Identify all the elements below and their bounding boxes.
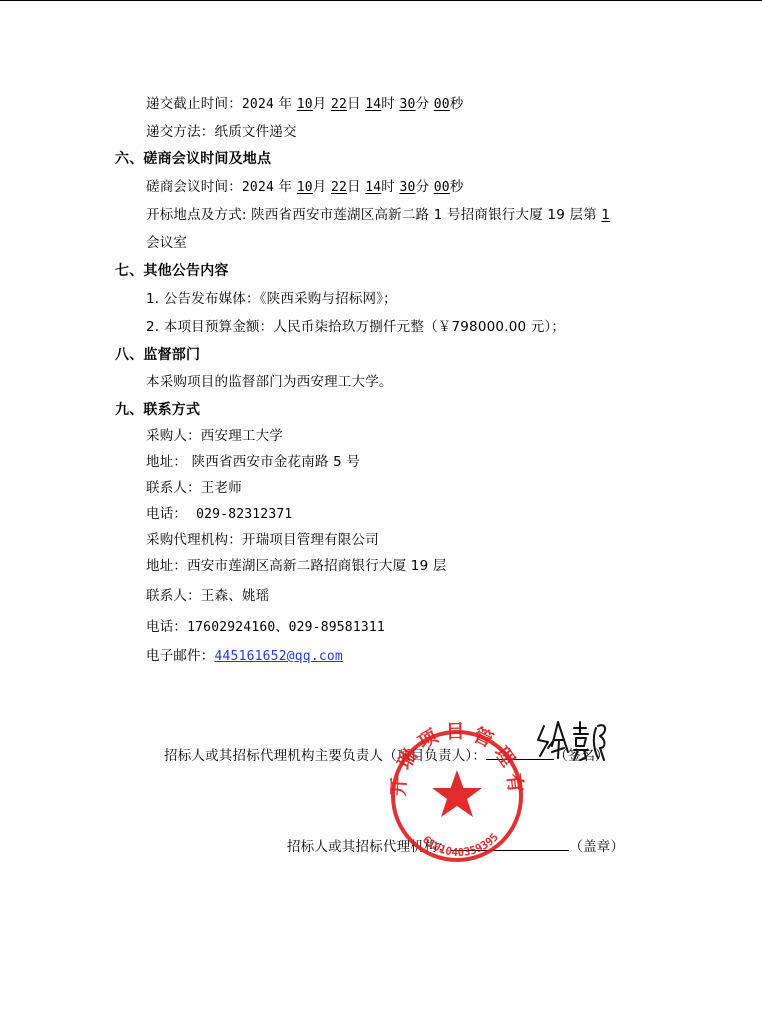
announcement-media: 1. 公告发布媒体：《陕西采购与招标网》； xyxy=(146,290,397,308)
organization-label: 招标人或其招标代理机构： xyxy=(287,839,451,855)
deadline-year-unit: 年 xyxy=(274,96,297,112)
opening-location-room: 1 xyxy=(601,207,610,223)
deadline-label: 递交截止时间： xyxy=(146,96,242,112)
seal-suffix: （盖章） xyxy=(569,839,624,855)
agency-contact: 联系人：王森、姚瑶 xyxy=(146,587,269,605)
agency-phone-label: 电话： xyxy=(146,619,187,635)
responsible-label: 招标人或其招标代理机构主要负责人（项目负责人）： xyxy=(164,748,486,764)
purchaser-phone: 电话： 029-82312371 xyxy=(146,505,292,524)
meeting-time-label: 磋商会议时间： xyxy=(146,179,242,195)
section-heading-9: 九、联系方式 xyxy=(115,401,200,419)
purchaser-phone-label: 电话： xyxy=(146,506,196,522)
meeting-second-unit: 秒 xyxy=(450,179,464,195)
meeting-day: 22 xyxy=(331,180,347,195)
signature-blank xyxy=(486,745,554,760)
organization-line: 招标人或其招标代理机构：（盖章） xyxy=(287,836,624,856)
deadline-year: 2024 xyxy=(242,97,274,112)
agency-phone-value: 17602924160、029-89581311 xyxy=(187,620,385,635)
deadline-minute-unit: 分 xyxy=(416,96,434,112)
signature-suffix: （签名） xyxy=(554,748,609,764)
supervision-text: 本采购项目的监督部门为西安理工大学。 xyxy=(146,373,393,391)
opening-location-text: 开标地点及方式: 陕西省西安市莲湖区高新二路 1 号招商银行大厦 19 层第 xyxy=(146,207,601,223)
agency-phone: 电话：17602924160、029-89581311 xyxy=(146,618,385,637)
meeting-month-unit: 月 xyxy=(313,179,331,195)
deadline-month: 10 xyxy=(297,97,313,112)
purchaser-contact: 联系人：王老师 xyxy=(146,479,242,497)
budget-amount: 2. 本项目预算金额：人民币柒拾玖万捌仟元整（￥798000.00 元）； xyxy=(146,318,565,336)
meeting-minute: 30 xyxy=(400,180,416,195)
agency-name: 采购代理机构：开瑞项目管理有限公司 xyxy=(146,531,379,549)
meeting-year: 2024 xyxy=(242,180,274,195)
opening-location-cont: 会议室 xyxy=(146,234,187,252)
deadline-hour: 14 xyxy=(365,97,381,112)
meeting-second: 00 xyxy=(434,180,450,195)
submission-deadline: 递交截止时间：2024 年 10月 22日 14时 30分 00秒 xyxy=(146,95,464,114)
meeting-year-unit: 年 xyxy=(274,179,297,195)
meeting-hour: 14 xyxy=(365,180,381,195)
deadline-hour-unit: 时 xyxy=(381,96,399,112)
purchaser-name: 采购人：西安理工大学 xyxy=(146,427,283,445)
section-heading-7: 七、其他公告内容 xyxy=(115,262,229,280)
responsible-person-line: 招标人或其招标代理机构主要负责人（项目负责人）：（签名） xyxy=(164,745,609,765)
meeting-day-unit: 日 xyxy=(347,179,365,195)
deadline-second: 00 xyxy=(434,97,450,112)
deadline-second-unit: 秒 xyxy=(450,96,464,112)
meeting-time: 磋商会议时间：2024 年 10月 22日 14时 30分 00秒 xyxy=(146,178,464,197)
email-link[interactable]: 445161652@qq.com xyxy=(215,649,343,664)
deadline-day: 22 xyxy=(331,97,347,112)
seal-blank xyxy=(451,836,569,851)
section-heading-6: 六、磋商会议时间及地点 xyxy=(115,150,271,168)
page-top-border xyxy=(0,0,762,1)
submission-method: 递交方法：纸质文件递交 xyxy=(146,123,297,141)
meeting-month: 10 xyxy=(297,180,313,195)
deadline-month-unit: 月 xyxy=(313,96,331,112)
opening-location: 开标地点及方式: 陕西省西安市莲湖区高新二路 1 号招商银行大厦 19 层第 1 xyxy=(146,206,610,224)
email-label: 电子邮件： xyxy=(146,648,215,664)
agency-email: 电子邮件：445161652@qq.com xyxy=(146,647,343,666)
meeting-minute-unit: 分 xyxy=(416,179,434,195)
agency-address: 地址：西安市莲湖区高新二路招商银行大厦 19 层 xyxy=(146,557,447,575)
deadline-minute: 30 xyxy=(400,97,416,112)
meeting-hour-unit: 时 xyxy=(381,179,399,195)
deadline-day-unit: 日 xyxy=(347,96,365,112)
purchaser-phone-value: 029-82312371 xyxy=(196,507,292,522)
purchaser-address: 地址： 陕西省西安市金花南路 5 号 xyxy=(146,453,360,471)
section-heading-8: 八、监督部门 xyxy=(115,346,200,364)
